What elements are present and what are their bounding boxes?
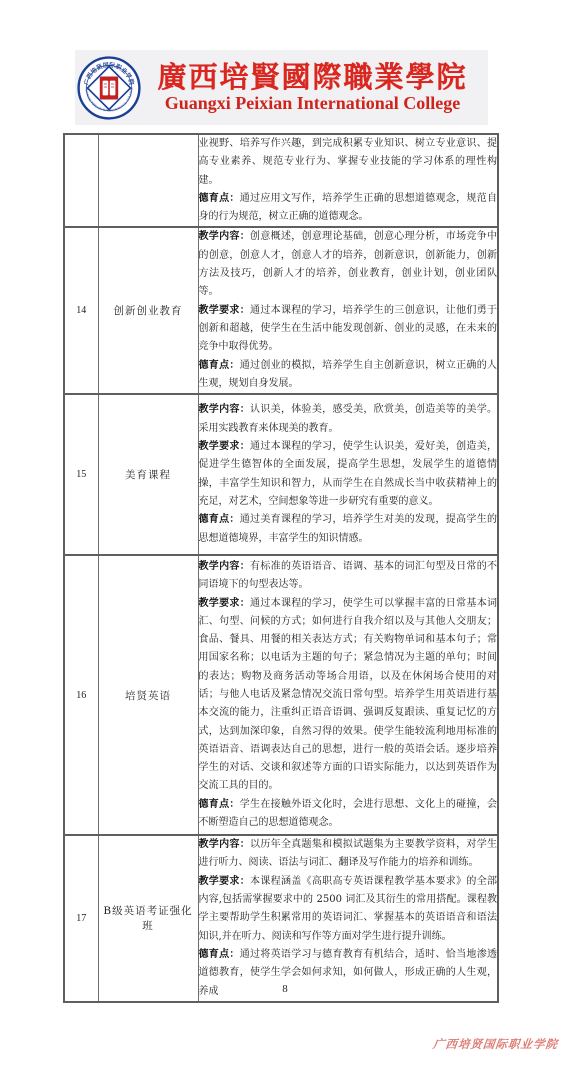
course-description-cell: 教学内容：有标准的英语语音、语调、基本的词汇句型及日常的不同语境下的句型表达等。… — [198, 555, 498, 835]
paragraph-label: 德育点： — [199, 799, 240, 810]
description-paragraph: 教学要求：本课程涵盖《高职高专英语课程教学基本要求》的全部内容,包括需掌握要求中… — [199, 873, 498, 946]
description-paragraph: 德育点：通过美育课程的学习，培养学生对美的发现，提高学生的思想道德境界，丰富学生… — [199, 511, 498, 548]
description-paragraph: 教学内容：以历年全真题集和模拟试题集为主要教学资料，对学生进行听力、阅读、语法与… — [199, 836, 498, 873]
course-name-cell — [98, 134, 198, 227]
paragraph-label: 教学要求： — [199, 598, 251, 609]
course-table-row: 17B级英语考证强化班教学内容：以历年全真题集和模拟试题集为主要教学资料，对学生… — [64, 835, 498, 1002]
paragraph-label: 德育点： — [199, 514, 240, 525]
paragraph-label: 德育点： — [199, 949, 240, 960]
description-paragraph: 业视野、培养写作兴趣，到完成积累专业知识、树立专业意识、提高专业素养、规范专业行… — [199, 135, 498, 190]
paragraph-label: 教学内容： — [199, 231, 251, 242]
course-description-cell: 教学内容：以历年全真题集和模拟试题集为主要教学资料，对学生进行听力、阅读、语法与… — [198, 835, 498, 1002]
college-header: 广西培贤国际职业学院 GUANGXI PEIXIAN INTERNATIONAL… — [75, 50, 488, 125]
course-number-cell — [64, 134, 98, 227]
course-name-cell: 培贤英语 — [98, 555, 198, 835]
description-paragraph: 教学内容：有标准的英语语音、语调、基本的词汇句型及日常的不同语境下的句型表达等。 — [199, 558, 498, 595]
course-number-cell: 15 — [64, 394, 98, 555]
course-number-cell: 16 — [64, 555, 98, 835]
paragraph-label: 教学要求： — [199, 305, 251, 316]
description-paragraph: 教学内容：创意概述，创意理论基础，创意心理分析，市场竞争中的创意，创意人才，创意… — [199, 228, 498, 301]
course-number-cell: 14 — [64, 227, 98, 394]
course-description-cell: 教学内容：创意概述，创意理论基础，创意心理分析，市场竞争中的创意，创意人才，创意… — [198, 227, 498, 394]
description-paragraph: 教学要求：通过本课程的学习，使学生认识美，爱好美，创造美，促进学生德智体的全面发… — [199, 438, 498, 511]
paragraph-label: 教学要求： — [199, 876, 251, 887]
description-paragraph: 德育点：通过创业的模拟，培养学生自主创新意识，树立正确的人生观，规划自身发展。 — [199, 357, 498, 394]
document-page: 广西培贤国际职业学院 GUANGXI PEIXIAN INTERNATIONAL… — [0, 0, 570, 1080]
paragraph-label: 教学内容： — [199, 839, 251, 850]
course-number-cell: 17 — [64, 835, 98, 1002]
course-description-cell: 业视野、培养写作兴趣，到完成积累专业知识、树立专业意识、提高专业素养、规范专业行… — [198, 134, 498, 227]
course-table-row: 16培贤英语教学内容：有标准的英语语音、语调、基本的词汇句型及日常的不同语境下的… — [64, 555, 498, 835]
description-paragraph: 教学要求：通过本课程的学习，培养学生的三创意识，让他们勇于创新和超越，使学生在生… — [199, 302, 498, 357]
course-description-cell: 教学内容：认识美，体验美，感受美，欣赏美，创造美等的美学。采用实践教育来体现美的… — [198, 394, 498, 555]
course-table-row: 15美育课程教学内容：认识美，体验美，感受美，欣赏美，创造美等的美学。采用实践教… — [64, 394, 498, 555]
college-name-zh: 廣西培賢國際職業學院 — [141, 62, 484, 92]
description-paragraph: 德育点：通过应用文写作，培养学生正确的思想道德观念，规范自身的行为规范，树立正确… — [199, 190, 498, 227]
course-name-cell: 创新创业教育 — [98, 227, 198, 394]
paragraph-label: 教学要求： — [199, 441, 251, 452]
footer-watermark-signature: 广西培贤国际职业学院 — [432, 1036, 559, 1052]
course-table: 业视野、培养写作兴趣，到完成积累专业知识、树立专业意识、提高专业素养、规范专业行… — [63, 133, 499, 1003]
page-number: 8 — [0, 983, 570, 995]
course-table-row: 业视野、培养写作兴趣，到完成积累专业知识、树立专业意识、提高专业素养、规范专业行… — [64, 134, 498, 227]
course-name-cell: 美育课程 — [98, 394, 198, 555]
paragraph-label: 教学内容： — [199, 561, 251, 572]
course-table-row: 14创新创业教育教学内容：创意概述，创意理论基础，创意心理分析，市场竞争中的创意… — [64, 227, 498, 394]
college-titles: 廣西培賢國際職業學院 Guangxi Peixian International… — [141, 62, 488, 113]
description-paragraph: 德育点：学生在接触外语文化时，会进行思想、文化上的碰撞，会不断塑造自己的思想道德… — [199, 796, 498, 833]
description-paragraph: 教学要求：通过本课程的学习，使学生可以掌握丰富的日常基本词汇、句型、问候的方式；… — [199, 595, 498, 796]
course-name-cell: B级英语考证强化班 — [98, 835, 198, 1002]
paragraph-label: 德育点： — [199, 193, 240, 204]
college-name-en: Guangxi Peixian International College — [141, 94, 484, 113]
college-seal-icon: 广西培贤国际职业学院 GUANGXI PEIXIAN INTERNATIONAL… — [77, 56, 141, 120]
paragraph-label: 教学内容： — [199, 404, 251, 415]
course-table-wrapper: 业视野、培养写作兴趣，到完成积累专业知识、树立专业意识、提高专业素养、规范专业行… — [63, 133, 497, 1003]
description-paragraph: 教学内容：认识美，体验美，感受美，欣赏美，创造美等的美学。采用实践教育来体现美的… — [199, 401, 498, 438]
paragraph-label: 德育点： — [199, 360, 240, 371]
